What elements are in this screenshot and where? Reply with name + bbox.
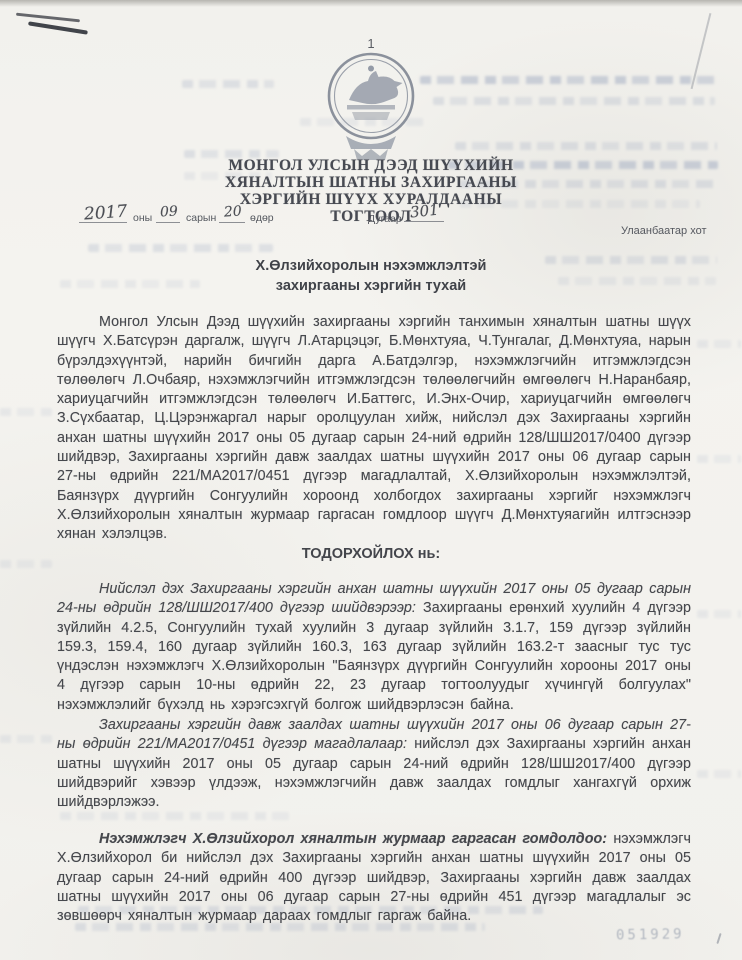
- paragraph-appeal-decision: Захиргааны хэргийн давж заалдах шатны шү…: [57, 716, 691, 812]
- bleed-through-text: [697, 340, 741, 348]
- fill-in-line: [219, 222, 245, 223]
- fill-in-line: [79, 222, 127, 223]
- bleed-through-text: [60, 812, 290, 820]
- paragraph-first-instance-decision: Нийслэл дэх Захиргааны хэргийн анхан шат…: [57, 580, 691, 715]
- subject-line-2: захиргааны хэргийн тухай: [0, 276, 742, 296]
- dateline: 2017 оны 09 сарын 20 өдөр Дугаар 301 Ула…: [0, 198, 742, 242]
- paragraph-lead: Нэхэмжлэгч Х.Өлзийхорол хяналтын журмаар…: [99, 831, 607, 847]
- case-subject-title: Х.Өлзийхоролын нэхэмжлэлтэй захиргааны х…: [0, 256, 742, 296]
- pen-mark: [28, 21, 88, 34]
- year-label: оны: [133, 212, 152, 224]
- bleed-through-text: [455, 142, 717, 150]
- month-label: сарын: [186, 212, 216, 224]
- subject-line-1: Х.Өлзийхоролын нэхэмжлэлтэй: [0, 256, 742, 276]
- header-line-2: ХЯНАЛТЫН ШАТНЫ ЗАХИРГААНЫ: [0, 174, 742, 191]
- paragraph-rest: Захиргааны ерөнхий хуулийн 4 дүгээр зүйл…: [57, 600, 691, 712]
- fill-in-line: [404, 221, 444, 222]
- number-label: Дугаар: [368, 213, 402, 225]
- bleed-through-text: [88, 244, 273, 252]
- scanned-court-document-page: 1 МОНГОЛ УЛСЫН ДЭЭД ШҮҮХИЙН ХЯНАЛТЫН ШАТ…: [0, 0, 742, 960]
- bleed-through-text: [182, 80, 274, 88]
- day-label: өдөр: [250, 212, 274, 224]
- handwritten-month: 09: [160, 204, 179, 221]
- fill-in-line: [156, 222, 180, 223]
- section-heading: ТОДОРХОЙЛОХ нь:: [0, 546, 742, 562]
- bleed-through-text: [697, 610, 741, 618]
- paragraph-court-composition: Монгол Улсын Дээд шүүхийн захиргааны хэр…: [57, 313, 691, 545]
- bleed-through-text: [0, 408, 52, 416]
- bleed-through-text: [697, 770, 741, 778]
- bleed-through-text: [0, 735, 52, 743]
- bleed-through-text: [420, 76, 720, 84]
- bleed-through-text: [433, 97, 715, 105]
- handwritten-number: 301: [409, 201, 439, 222]
- bleed-through-text: [697, 455, 741, 463]
- city-label: Улаанбаатар хот: [621, 225, 707, 237]
- header-line-1: МОНГОЛ УЛСЫН ДЭЭД ШҮҮХИЙН: [0, 157, 742, 174]
- document-stamp-number: 051929: [616, 926, 685, 943]
- paragraph-plaintiff-complaint: Нэхэмжлэгч Х.Өлзийхорол хяналтын журмаар…: [57, 830, 691, 926]
- scan-top-edge-shadow: [0, 0, 742, 7]
- handwritten-day: 20: [223, 203, 242, 220]
- mongolia-state-emblem-icon: [316, 48, 426, 166]
- pen-mark: [716, 933, 721, 944]
- pen-mark: [16, 13, 80, 22]
